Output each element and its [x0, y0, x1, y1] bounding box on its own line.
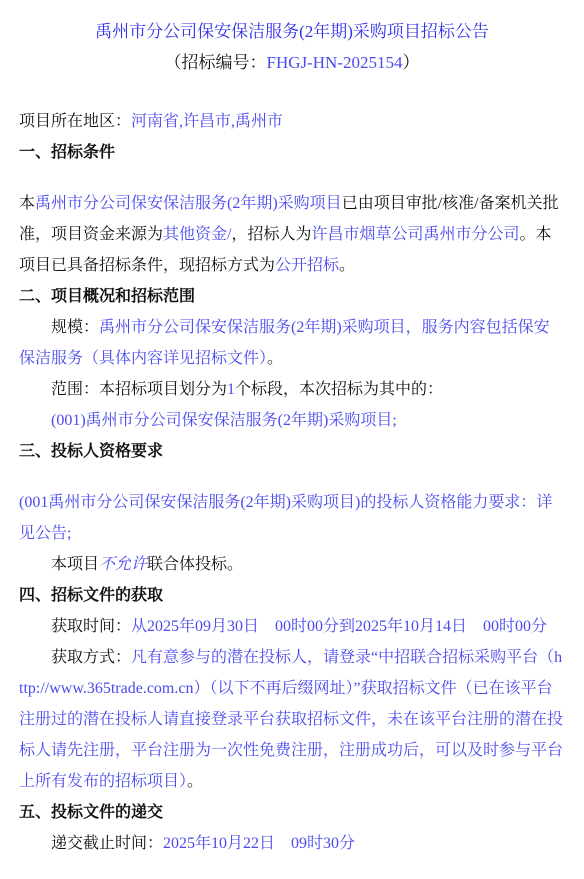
highlighted-text: 1 [227, 381, 235, 398]
text-run: 。 [187, 773, 203, 790]
section-heading: 一、招标条件 [19, 137, 565, 168]
highlighted-text: 公开招标 [275, 257, 339, 274]
text-run: 四、招标文件的获取 [19, 587, 163, 604]
highlighted-text: 河南省,许昌市,禹州市 [131, 113, 283, 130]
paragraph: 范围：本招标项目划分为1个标段，本次招标为其中的： [19, 374, 565, 405]
text-run: 规模： [51, 319, 99, 336]
highlighted-text: 禹州市分公司保安保洁服务(2年期)采购项目 [35, 195, 342, 212]
text-run: 联合体投标。 [147, 556, 243, 573]
text-run: 获取方式： [51, 649, 131, 666]
highlighted-text: 禹州市分公司保安保洁服务(2年期)采购项目，服务内容包括保安保洁服务（具体内容详… [19, 319, 550, 367]
text-run: 。 [267, 350, 283, 367]
text-run: 项目所在地区： [19, 113, 131, 130]
text-run: 个标段，本次招标为其中的： [235, 381, 443, 398]
highlighted-text: 禹州市分公司保安保洁服务(2年期)采购项目招标公告 [95, 22, 489, 41]
section-heading: 二、项目概况和招标范围 [19, 281, 565, 312]
text-run: ） [403, 53, 420, 72]
section-heading: 三、投标人资格要求 [19, 436, 565, 467]
text-run: 获取时间： [51, 618, 131, 635]
paragraph: 递交截止时间：2025年10月22日 09时30分 [19, 828, 565, 859]
paragraph: 本项目不允许联合体投标。 [19, 549, 565, 580]
text-run: 。 [339, 257, 355, 274]
highlighted-text: (001)禹州市分公司保安保洁服务(2年期)采购项目; [51, 412, 397, 429]
text-run: 本项目 [51, 556, 99, 573]
text-run: 二、项目概况和招标范围 [19, 288, 195, 305]
highlighted-text: 2025年10月22日 09时30分 [163, 835, 355, 852]
tender-number-line: （招标编号：FHGJ-HN-2025154） [19, 47, 565, 78]
highlighted-text: 从2025年09月30日 00时00分到2025年10月14日 00时00分 [131, 618, 547, 635]
highlighted-text: 其他资金/ [163, 226, 231, 243]
text-run: 一、招标条件 [19, 144, 115, 161]
paragraph: (001禹州市分公司保安保洁服务(2年期)采购项目)的投标人资格能力要求：详见公… [19, 487, 565, 549]
tender-announcement-document: 禹州市分公司保安保洁服务(2年期)采购项目招标公告（招标编号：FHGJ-HN-2… [0, 0, 584, 859]
paragraph: 本禹州市分公司保安保洁服务(2年期)采购项目已由项目审批/核准/备案机关批准，项… [19, 188, 565, 281]
text-run: 递交截止时间： [51, 835, 163, 852]
section-heading: 五、投标文件的递交 [19, 797, 565, 828]
text-run: 五、投标文件的递交 [19, 804, 163, 821]
highlighted-text: 凡有意参与的潜在投标人，请登录“中招联合招标采购平台（http://www.36… [19, 649, 563, 790]
text-run: （招标编号： [165, 53, 267, 72]
paragraph: 项目所在地区：河南省,许昌市,禹州市 [19, 106, 565, 137]
text-run: ，招标人为 [231, 226, 311, 243]
highlighted-text: 许昌市烟草公司禹州市分公司 [311, 226, 519, 243]
document-title: 禹州市分公司保安保洁服务(2年期)采购项目招标公告 [19, 16, 565, 47]
paragraph: 规模：禹州市分公司保安保洁服务(2年期)采购项目，服务内容包括保安保洁服务（具体… [19, 312, 565, 374]
paragraph: 获取方式：凡有意参与的潜在投标人，请登录“中招联合招标采购平台（http://w… [19, 642, 565, 797]
blank-line [19, 168, 565, 188]
text-run: 三、投标人资格要求 [19, 443, 163, 460]
section-heading: 四、招标文件的获取 [19, 580, 565, 611]
highlighted-text: 不允许 [99, 556, 147, 573]
paragraph: 获取时间：从2025年09月30日 00时00分到2025年10月14日 00时… [19, 611, 565, 642]
text-run: 范围：本招标项目划分为 [51, 381, 227, 398]
highlighted-text: FHGJ-HN-2025154 [267, 53, 403, 72]
highlighted-text: (001禹州市分公司保安保洁服务(2年期)采购项目)的投标人资格能力要求：详见公… [19, 494, 552, 542]
paragraph: (001)禹州市分公司保安保洁服务(2年期)采购项目; [19, 405, 565, 436]
text-run: 本 [19, 195, 35, 212]
blank-line [19, 467, 565, 487]
